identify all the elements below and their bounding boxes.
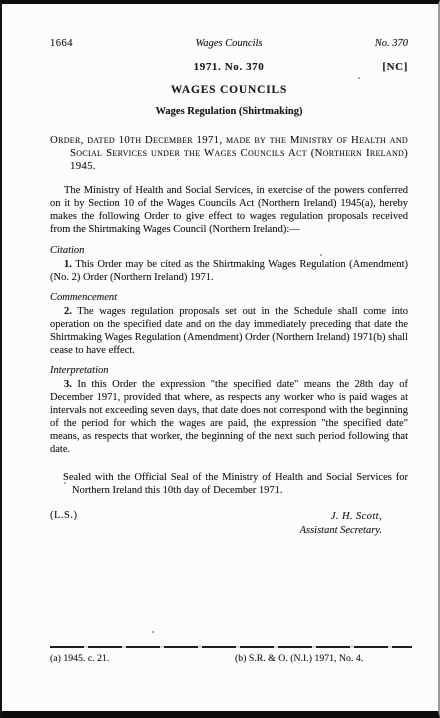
heading-citation: Citation <box>50 245 408 256</box>
seal-mark: (L.S.) <box>50 510 170 538</box>
footnotes: (a) 1945. c. 21. (b) S.R. & O. (N.I.) 19… <box>50 653 412 664</box>
scan-speck <box>152 631 154 633</box>
scan-speck <box>358 77 360 79</box>
signatory-name: J. H. Scott, <box>331 511 382 522</box>
scan-speck <box>390 421 392 423</box>
nc-tag: [NC] <box>382 61 408 73</box>
paragraph-text: This Order may be cited as the Shirtmaki… <box>50 259 408 283</box>
instrument-number-ref: No. 370 <box>318 38 408 49</box>
signatory-title: Assistant Secretary. <box>300 525 382 536</box>
scan-speck <box>254 426 256 428</box>
scan-speck <box>320 254 322 256</box>
paragraph-number: 3. <box>64 379 72 390</box>
running-title: Wages Councils <box>140 38 318 49</box>
signature-block: J. H. Scott, Assistant Secretary. <box>170 510 408 538</box>
signature-row: (L.S.) J. H. Scott, Assistant Secretary. <box>50 510 408 538</box>
paragraph-number: 1. <box>64 259 72 270</box>
paragraph-number: 2. <box>64 306 72 317</box>
paragraph-commencement: 2. The wages regulation proposals set ou… <box>50 305 408 357</box>
paragraph-citation: 1. This Order may be cited as the Shirtm… <box>50 258 408 284</box>
page-content: 1664 Wages Councils No. 370 1971. No. 37… <box>2 4 438 538</box>
order-recital: Order, dated 10th December 1971, made by… <box>50 134 408 173</box>
footnote-b: (b) S.R. & O. (N.I.) 1971, No. 4. <box>235 653 363 664</box>
section-title: WAGES COUNCILS <box>50 84 408 96</box>
heading-interpretation: Interpretation <box>50 365 408 376</box>
scan-speck <box>64 482 66 484</box>
document-subtitle: Wages Regulation (Shirtmaking) <box>50 106 408 117</box>
footnote-a: (a) 1945. c. 21. <box>50 653 235 664</box>
scanned-document-page: 1664 Wages Councils No. 370 1971. No. 37… <box>0 0 440 718</box>
paragraph-text: The wages regulation proposals set out i… <box>50 306 408 356</box>
order-number: 1971. No. 370 <box>194 61 265 73</box>
paragraph-text: In this Order the expression "the specif… <box>50 379 408 455</box>
footnote-rule <box>50 646 412 648</box>
footnote-area: (a) 1945. c. 21. (b) S.R. & O. (N.I.) 19… <box>50 646 412 664</box>
running-header: 1664 Wages Councils No. 370 <box>50 38 408 49</box>
page-number: 1664 <box>50 38 140 49</box>
paragraph-interpretation: 3. In this Order the expression "the spe… <box>50 378 408 456</box>
sealing-clause: Sealed with the Official Seal of the Min… <box>50 471 408 497</box>
heading-commencement: Commencement <box>50 292 408 303</box>
preamble-paragraph: The Ministry of Health and Social Servic… <box>50 184 408 236</box>
order-number-line: 1971. No. 370 [NC] <box>50 61 408 73</box>
